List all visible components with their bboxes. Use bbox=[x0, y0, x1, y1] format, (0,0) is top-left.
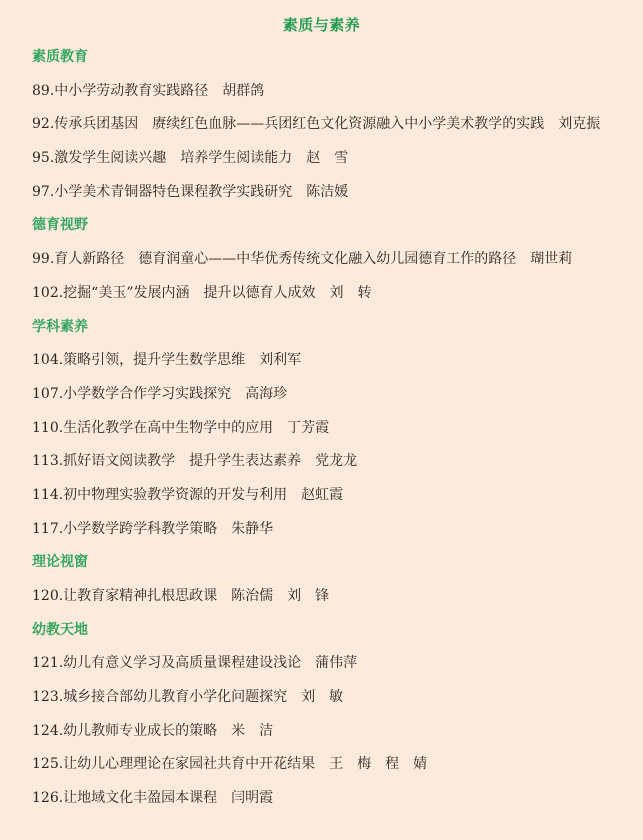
page-number: 124. bbox=[32, 723, 63, 739]
article-title: 幼儿教师专业成长的策略 bbox=[63, 723, 217, 739]
article-author: 赵 雪 bbox=[306, 150, 348, 166]
article-title: 育人新路径 德育润童心——中华优秀传统文化融入幼儿园德育工作的路径 bbox=[54, 251, 516, 267]
article-author: 陈洁媛 bbox=[306, 184, 348, 200]
article-author: 闫明霞 bbox=[231, 790, 273, 806]
section-heading: 理论视窗 bbox=[32, 550, 633, 584]
page-number: 99. bbox=[32, 251, 54, 267]
toc-entry[interactable]: 92.传承兵团基因 赓续红色血脉——兵团红色文化资源融入中小学美术教学的实践刘克… bbox=[32, 112, 633, 146]
toc-entry[interactable]: 102.挖掘“美玉”发展内涵 提升以德育人成效刘 转 bbox=[32, 281, 633, 315]
toc-entry[interactable]: 114.初中物理实验教学资源的开发与利用赵虹霞 bbox=[32, 483, 633, 517]
article-author: 胡群鸽 bbox=[222, 83, 264, 99]
article-author: 刘 转 bbox=[330, 285, 372, 301]
article-title: 让地域文化丰盈园本课程 bbox=[63, 790, 217, 806]
page-number: 121. bbox=[32, 655, 63, 671]
article-title: 小学数学跨学科教学策略 bbox=[63, 521, 217, 537]
toc-entry[interactable]: 121.幼儿有意义学习及高质量课程建设浅论蒲伟萍 bbox=[32, 651, 633, 685]
article-author: 陈治儒 刘 锋 bbox=[231, 588, 329, 604]
page-number: 114. bbox=[32, 487, 63, 503]
section-heading: 德育视野 bbox=[32, 213, 633, 247]
page-number: 126. bbox=[32, 790, 63, 806]
article-author: 蒲伟萍 bbox=[315, 655, 357, 671]
page-number: 113. bbox=[32, 453, 63, 469]
page-number: 92. bbox=[32, 116, 54, 132]
article-title: 传承兵团基因 赓续红色血脉——兵团红色文化资源融入中小学美术教学的实践 bbox=[54, 116, 544, 132]
article-author: 刘 敏 bbox=[301, 689, 343, 705]
article-author: 朱静华 bbox=[231, 521, 273, 537]
toc-entry[interactable]: 113.抓好语文阅读教学 提升学生表达素养党龙龙 bbox=[32, 449, 633, 483]
article-title: 策略引领，提升学生数学思维 bbox=[63, 352, 245, 368]
article-author: 刘利军 bbox=[259, 352, 301, 368]
article-title: 初中物理实验教学资源的开发与利用 bbox=[63, 487, 287, 503]
article-author: 高海珍 bbox=[245, 386, 287, 402]
page-number: 123. bbox=[32, 689, 63, 705]
toc-entry[interactable]: 104.策略引领，提升学生数学思维刘利军 bbox=[32, 348, 633, 382]
page-number: 102. bbox=[32, 285, 63, 301]
article-title: 让教育家精神扎根思政课 bbox=[63, 588, 217, 604]
article-title: 激发学生阅读兴趣 培养学生阅读能力 bbox=[54, 150, 292, 166]
toc-entry[interactable]: 120.让教育家精神扎根思政课陈治儒 刘 锋 bbox=[32, 584, 633, 618]
toc-entry[interactable]: 89.中小学劳动教育实践路径胡群鸽 bbox=[32, 79, 633, 113]
toc-entry[interactable]: 125.让幼儿心理理论在家园社共育中开花结果王 梅 程 婧 bbox=[32, 752, 633, 786]
toc-entry[interactable]: 97.小学美术青铜器特色课程教学实践研究陈洁媛 bbox=[32, 180, 633, 214]
page-number: 97. bbox=[32, 184, 54, 200]
article-title: 小学美术青铜器特色课程教学实践研究 bbox=[54, 184, 292, 200]
section-heading: 学科素养 bbox=[32, 315, 633, 349]
page-number: 120. bbox=[32, 588, 63, 604]
toc-entry[interactable]: 126.让地域文化丰盈园本课程闫明霞 bbox=[32, 786, 633, 820]
article-title: 小学数学合作学习实践探究 bbox=[63, 386, 231, 402]
article-author: 米 洁 bbox=[231, 723, 273, 739]
page-number: 107. bbox=[32, 386, 63, 402]
toc-entry[interactable]: 107.小学数学合作学习实践探究高海珍 bbox=[32, 382, 633, 416]
toc-entry[interactable]: 124.幼儿教师专业成长的策略米 洁 bbox=[32, 719, 633, 753]
article-title: 中小学劳动教育实践路径 bbox=[54, 83, 208, 99]
article-author: 刘克振 bbox=[558, 116, 600, 132]
section-heading: 幼教天地 bbox=[32, 618, 633, 652]
article-title: 幼儿有意义学习及高质量课程建设浅论 bbox=[63, 655, 301, 671]
article-title: 生活化教学在高中生物学中的应用 bbox=[63, 420, 273, 436]
article-author: 党龙龙 bbox=[315, 453, 357, 469]
page-number: 125. bbox=[32, 756, 63, 772]
document-page: 素质与素养 素质教育 89.中小学劳动教育实践路径胡群鸽 92.传承兵团基因 赓… bbox=[0, 0, 643, 840]
page-number: 104. bbox=[32, 352, 63, 368]
toc-entry[interactable]: 123.城乡接合部幼儿教育小学化问题探究刘 敏 bbox=[32, 685, 633, 719]
page-number: 95. bbox=[32, 150, 54, 166]
article-title: 抓好语文阅读教学 提升学生表达素养 bbox=[63, 453, 301, 469]
toc-entry[interactable]: 110.生活化教学在高中生物学中的应用丁芳霞 bbox=[32, 416, 633, 450]
page-number: 89. bbox=[32, 83, 54, 99]
page-number: 117. bbox=[32, 521, 63, 537]
section-heading: 素质教育 bbox=[32, 45, 633, 79]
article-title: 让幼儿心理理论在家园社共育中开花结果 bbox=[63, 756, 315, 772]
page-title: 素质与素养 bbox=[0, 14, 643, 35]
page-number: 110. bbox=[32, 420, 63, 436]
toc-entry[interactable]: 99.育人新路径 德育润童心——中华优秀传统文化融入幼儿园德育工作的路径瑚世莉 bbox=[32, 247, 633, 281]
article-author: 王 梅 程 婧 bbox=[329, 756, 427, 772]
article-title: 挖掘“美玉”发展内涵 提升以德育人成效 bbox=[63, 285, 315, 301]
article-author: 瑚世莉 bbox=[530, 251, 572, 267]
article-author: 赵虹霞 bbox=[301, 487, 343, 503]
article-author: 丁芳霞 bbox=[287, 420, 329, 436]
toc-entry[interactable]: 95.激发学生阅读兴趣 培养学生阅读能力赵 雪 bbox=[32, 146, 633, 180]
table-of-contents: 素质教育 89.中小学劳动教育实践路径胡群鸽 92.传承兵团基因 赓续红色血脉—… bbox=[32, 45, 633, 820]
toc-entry[interactable]: 117.小学数学跨学科教学策略朱静华 bbox=[32, 517, 633, 551]
article-title: 城乡接合部幼儿教育小学化问题探究 bbox=[63, 689, 287, 705]
